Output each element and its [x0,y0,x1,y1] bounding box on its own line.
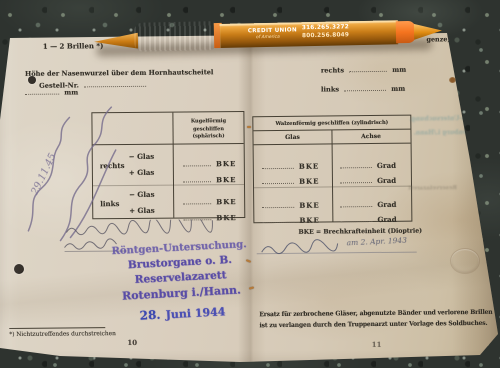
pen-barrel: CREDIT UNION of America 316.265.3272 800… [220,20,398,48]
pen-brand-line2: of America [256,35,297,40]
photo-of-soldbuch-glasses-page: Tag der Brillenbestimmung 1 — 2 Brillen … [0,0,500,368]
pen-phone-line1: 316.265.3272 [302,25,349,32]
pen-phone-numbers: 316.265.3272 800.256.8049 [302,25,349,40]
pen-brand-text: CREDIT UNION of America [248,28,297,40]
orange-pen: CREDIT UNION of America 316.265.3272 800… [86,10,447,64]
pen-phone-line2: 800.256.8049 [302,34,349,41]
pen-end-tip [414,23,442,40]
pen-end-cap [396,21,416,43]
pen-rubber-grip [134,21,219,52]
